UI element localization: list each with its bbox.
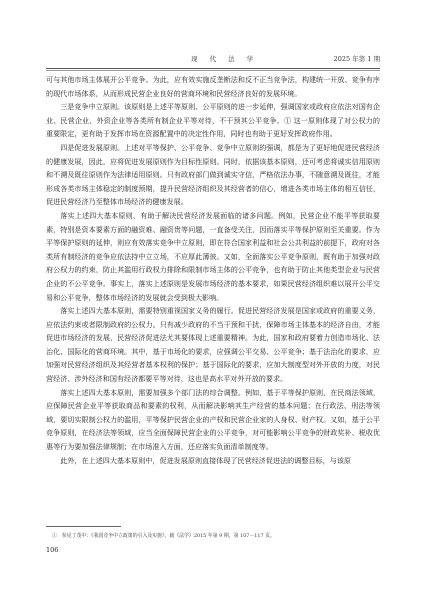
journal-title: 现 代 法 学	[191, 54, 258, 63]
paragraph: 落实上述四大基本原则，有助于解决民营经济发展面临的诸多问题。例如，民营企业不能平…	[46, 209, 380, 304]
header-rule	[46, 68, 380, 69]
article-body: 可与其他市场主体展开公平竞争。为此，应有效实施反垄断法和反不正当竞争法，构建统一…	[46, 73, 380, 467]
running-header: 现 代 法 学 2025 年第 1 期	[46, 54, 380, 66]
paragraph: 落实上述四大基本原则，需要加强多个部门法的综合调整。例如，基于平等保护原则，在民…	[46, 386, 380, 454]
header-rule-thin	[46, 70, 380, 71]
page-number: 106	[46, 546, 58, 554]
footnote: ① 参见丁茂中：《我国竞争中立政策的引入及实施》，载《法学》2015 年第 9 …	[52, 532, 275, 539]
paragraph: 落实上述四大基本原则，需要特别重视国家义务的履行。促进民营经济发展是国家或政府的…	[46, 304, 380, 386]
paragraph: 四是促进发展原则。上述对平等保护、公平竞争、竞争中立原则的强调，都是为了更好地促…	[46, 141, 380, 209]
footnote-rule	[46, 526, 121, 527]
issue-number: 2025 年第 1 期	[334, 54, 380, 63]
paragraph: 可与其他市场主体展开公平竞争。为此，应有效实施反垄断法和反不正当竞争法，构建统一…	[46, 73, 380, 100]
paragraph: 此外，在上述四大基本原则中，促进发展原则直接体现了民营经济促进法的调整目标，与该…	[46, 454, 380, 468]
paragraph: 三是竞争中立原则。该原则是上述平等原则、公平原则的进一步延伸，强调国家或政府应依…	[46, 100, 380, 141]
